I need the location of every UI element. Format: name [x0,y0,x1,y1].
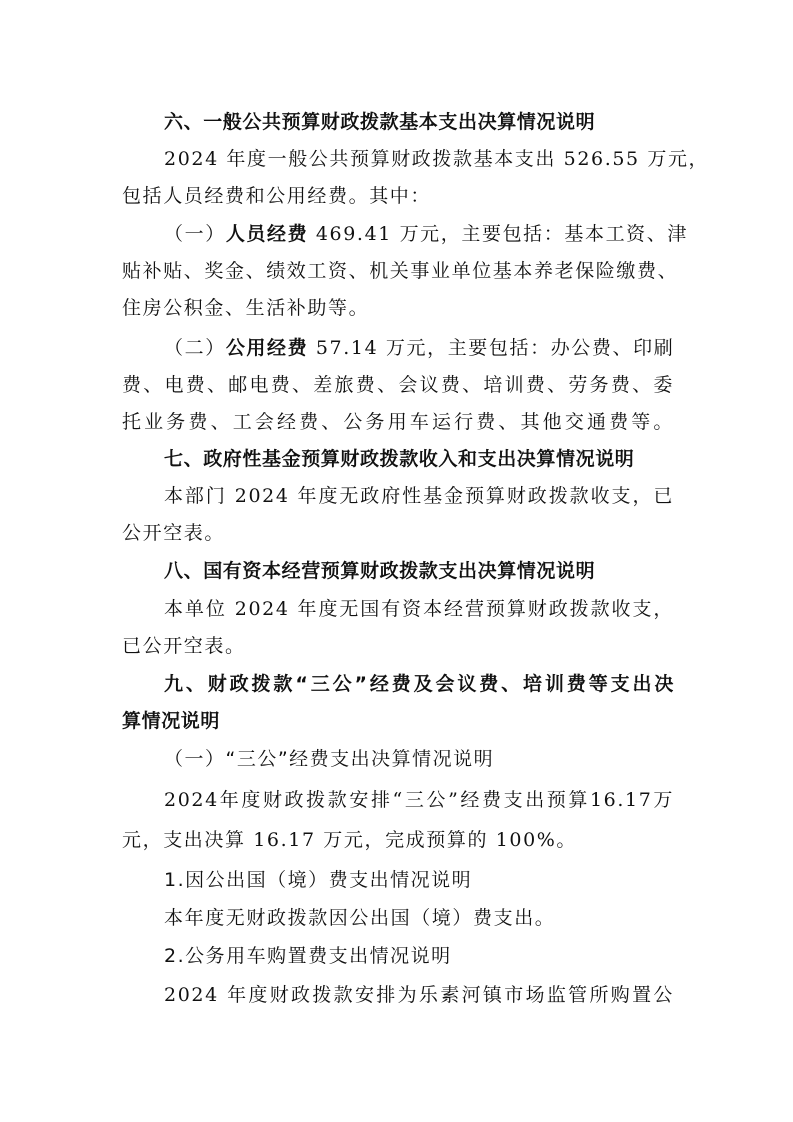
section-8-line-1: 本单位 2024 年度无国有资本经营预算财政拨款收支， [122,591,674,628]
personnel-expense-line-2: 贴补贴、奖金、绩效工资、机关事业单位基本养老保险缴费、 [122,253,674,290]
public-expense-line-2: 费、电费、邮电费、差旅费、会议费、培训费、劳务费、委 [122,367,674,404]
public-expense-detail: 57.14 万元，主要包括：办公费、印刷 [308,337,674,359]
personnel-expense-line-1: （一）人员经费 469.41 万元，主要包括：基本工资、津 [122,216,674,253]
three-public-line-2: 元，支出决算 16.17 万元，完成预算的 100%。 [122,822,674,859]
vehicle-purchase-line-1: 2024 年度财政拨款安排为乐素河镇市场监管所购置公 [122,977,674,1014]
public-expense-label: 公用经费 [226,337,308,359]
section-9-heading-line-2: 算情况说明 [122,703,674,740]
overseas-travel-heading: 1.因公出国（境）费支出情况说明 [122,862,674,899]
three-public-subheading: （一）“三公”经费支出决算情况说明 [122,741,674,778]
personnel-expense-label: 人员经费 [226,223,308,245]
personnel-expense-line-3: 住房公积金、生活补助等。 [122,290,674,327]
personnel-prefix: （一） [164,223,226,245]
personnel-expense-detail: 469.41 万元，主要包括：基本工资、津 [308,223,688,245]
section-7-heading: 七、政府性基金预算财政拨款收入和支出决算情况说明 [122,441,674,478]
section-6-intro-line-2: 包括人员经费和公用经费。其中： [122,178,674,215]
section-8-heading: 八、国有资本经营预算财政拨款支出决算情况说明 [122,553,674,590]
section-9-heading-line-1: 九、财政拨款“三公”经费及会议费、培训费等支出决 [122,666,674,703]
section-6-heading: 六、一般公共预算财政拨款基本支出决算情况说明 [122,104,674,141]
overseas-travel-line-1: 本年度无财政拨款因公出国（境）费支出。 [122,900,674,937]
public-expense-line-3: 托业务费、工会经费、公务用车运行费、其他交通费等。 [122,404,674,441]
section-6-intro-line-1: 2024 年度一般公共预算财政拨款基本支出 526.55 万元， [122,141,674,178]
section-8-line-2: 已公开空表。 [122,628,674,665]
section-7-line-2: 公开空表。 [122,515,674,552]
public-expense-line-1: （二）公用经费 57.14 万元，主要包括：办公费、印刷 [122,330,674,367]
public-prefix: （二） [164,337,226,359]
section-7-line-1: 本部门 2024 年度无政府性基金预算财政拨款收支，已 [122,478,674,515]
three-public-line-1: 2024年度财政拨款安排“三公”经费支出预算16.17万 [122,782,674,819]
vehicle-purchase-heading: 2.公务用车购置费支出情况说明 [122,938,674,975]
